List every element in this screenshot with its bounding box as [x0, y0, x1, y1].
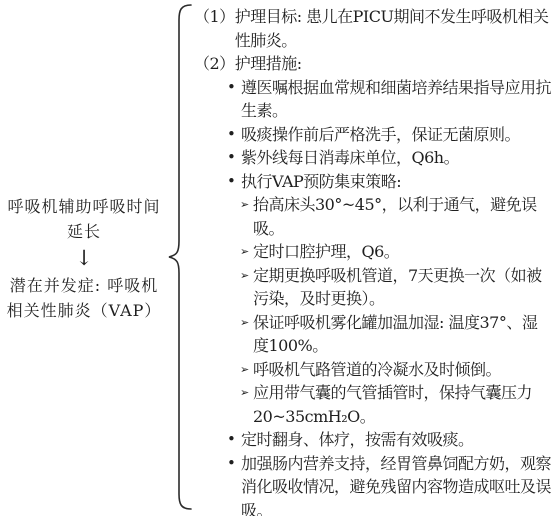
measure-nutrition: • 加强肠内营养支持，经胃管鼻饲配方奶，观察消化吸收情况，避免残留内容物造成呕吐…	[227, 452, 552, 516]
brace-icon	[166, 3, 194, 511]
bullet-icon: •	[227, 428, 241, 452]
sub-item-text: 保证呼吸机雾化罐加温加湿: 温度37°、湿度100%。	[253, 311, 552, 358]
sub-item-text: 应用带气囊的气管插管时，保持气囊压力20~35cmH₂O。	[253, 381, 552, 428]
measure-hand-hygiene: • 吸痰操作前后严格洗手，保证无菌原则。	[227, 123, 552, 147]
measure-text: 遵医嘱根据血常规和细菌培养结果指导应用抗生素。	[241, 76, 552, 123]
arrowhead-bullet-icon: ➢	[240, 193, 253, 217]
sub-item-text: 抬高床头30°~45°，以利于通气，避免误吸。	[253, 193, 552, 240]
down-arrow-icon: ↓	[75, 245, 93, 272]
bullet-icon: •	[227, 146, 241, 170]
curly-brace	[166, 3, 194, 511]
bullet-icon: •	[227, 76, 241, 100]
arrowhead-bullet-icon: ➢	[240, 311, 253, 335]
sub-item-cuff-pressure: ➢ 应用带气囊的气管插管时，保持气囊压力20~35cmH₂O。	[240, 381, 552, 428]
arrowhead-bullet-icon: ➢	[240, 264, 253, 288]
sub-item-text: 定时口腔护理，Q6。	[253, 240, 552, 264]
sub-item-condensate: ➢ 呼吸机气路管道的冷凝水及时倾倒。	[240, 358, 552, 382]
sub-item-text: 呼吸机气路管道的冷凝水及时倾倒。	[253, 358, 552, 382]
sub-item-text: 定期更换呼吸机管道，7天更换一次（如被污染，及时更换）。	[253, 264, 552, 311]
measure-text: 定时翻身、体疗，按需有效吸痰。	[241, 428, 552, 452]
measure-antibiotics: • 遵医嘱根据血常规和细菌培养结果指导应用抗生素。	[227, 76, 552, 123]
arrowhead-bullet-icon: ➢	[240, 240, 253, 264]
bullet-icon: •	[227, 170, 241, 194]
measures-header: （2） 护理措施:	[194, 52, 552, 76]
measure-text: 紫外线每日消毒床单位，Q6h。	[241, 146, 552, 170]
measure-text: 吸痰操作前后严格洗手，保证无菌原则。	[241, 123, 552, 147]
bullet-icon: •	[227, 452, 241, 476]
left-diagnosis-panel: 呼吸机辅助呼吸时间延长 ↓ 潜在并发症: 呼吸机相关性肺炎（VAP）	[2, 0, 166, 516]
measure-uv-disinfection: • 紫外线每日消毒床单位，Q6h。	[227, 146, 552, 170]
measures-header-text: 护理措施:	[235, 52, 552, 76]
measure-text: 加强肠内营养支持，经胃管鼻饲配方奶，观察消化吸收情况，避免残留内容物造成呕吐及误…	[241, 452, 552, 516]
goal-text: 护理目标: 患儿在PICU期间不发生呼吸机相关性肺炎。	[235, 5, 552, 52]
care-plan: （1） 护理目标: 患儿在PICU期间不发生呼吸机相关性肺炎。 （2） 护理措施…	[194, 5, 552, 516]
arrowhead-bullet-icon: ➢	[240, 358, 253, 382]
complication-text: 潜在并发症: 呼吸机相关性肺炎（VAP）	[2, 273, 166, 323]
goal-number: （1）	[194, 5, 235, 29]
measures-number: （2）	[194, 52, 235, 76]
bullet-icon: •	[227, 123, 241, 147]
sub-item-oral-care: ➢ 定时口腔护理，Q6。	[240, 240, 552, 264]
measure-vap-bundle: • 执行VAP预防集束策略:	[227, 170, 552, 194]
sub-item-humidification: ➢ 保证呼吸机雾化罐加温加湿: 温度37°、湿度100%。	[240, 311, 552, 358]
sub-item-circuit-change: ➢ 定期更换呼吸机管道，7天更换一次（如被污染，及时更换）。	[240, 264, 552, 311]
measure-text: 执行VAP预防集束策略:	[241, 170, 552, 194]
arrowhead-bullet-icon: ➢	[240, 381, 253, 405]
goal-item: （1） 护理目标: 患儿在PICU期间不发生呼吸机相关性肺炎。	[194, 5, 552, 52]
cause-text: 呼吸机辅助呼吸时间延长	[2, 194, 166, 244]
sub-item-head-elevation: ➢ 抬高床头30°~45°，以利于通气，避免误吸。	[240, 193, 552, 240]
measure-turning: • 定时翻身、体疗，按需有效吸痰。	[227, 428, 552, 452]
